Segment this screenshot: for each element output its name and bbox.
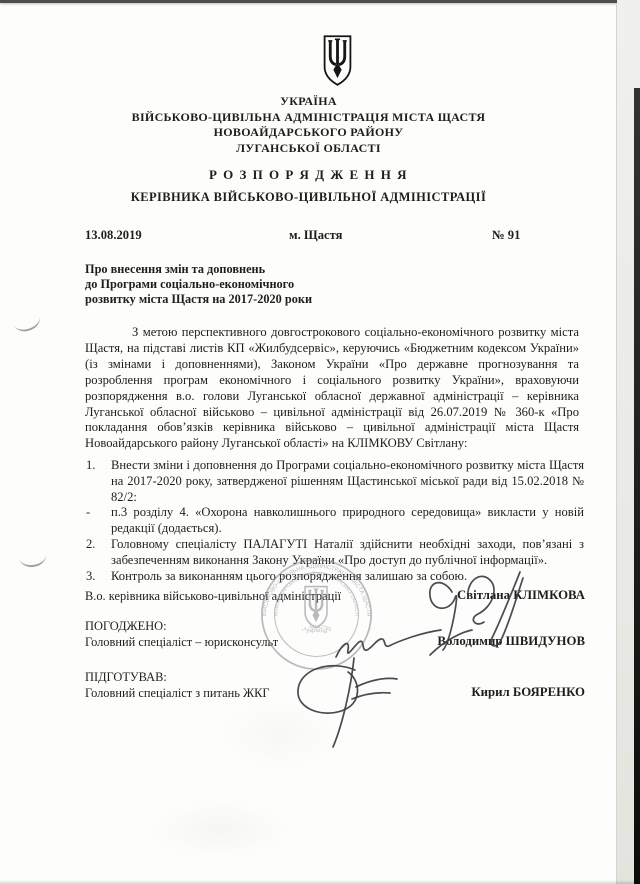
scanned-document-page: УКРАЇНА ВІЙСЬКОВО-ЦИВІЛЬНА АДМІНІСТРАЦІЯ… xyxy=(0,0,640,884)
scan-top-edge xyxy=(0,0,640,3)
list-item-text: п.3 розділу 4. «Охорона навколишнього пр… xyxy=(111,505,584,537)
document-place: м. Щастя xyxy=(289,228,342,243)
signer-name: Володимир ШВИДУНОВ xyxy=(437,634,585,649)
signer-name: Світлана КЛІМКОВА xyxy=(457,588,585,603)
list-item-marker: 2. xyxy=(86,537,111,569)
subject-line: розвитку міста Щастя на 2017-2020 роки xyxy=(85,292,312,307)
punch-hole-shadow-bottom xyxy=(18,544,48,569)
signer-role: Головний спеціаліст з питань ЖКГ xyxy=(85,686,270,701)
punch-hole-shadow-top xyxy=(10,306,42,334)
list-item: 1. Внести зміни і доповнення до Програми… xyxy=(86,458,584,505)
subject-line: Про внесення змін та доповнень xyxy=(85,262,312,277)
list-item: - п.3 розділу 4. «Охорона навколишнього … xyxy=(86,505,584,537)
document-date: 13.08.2019 xyxy=(85,228,142,243)
document-number: № 91 xyxy=(492,228,520,243)
scan-bottom-shadow xyxy=(0,880,640,884)
list-item-marker: - xyxy=(86,505,111,537)
org-name-line3: ЛУГАНСЬКОЇ ОБЛАСТІ xyxy=(0,141,617,157)
scan-right-black-edge xyxy=(634,88,640,884)
signer-role: Головний спеціаліст – юрисконсульт xyxy=(85,635,278,650)
document-subtype-title: КЕРІВНИКА ВІЙСЬКОВО-ЦИВІЛЬНОЇ АДМІНІСТРА… xyxy=(0,190,617,205)
list-item-text: Внести зміни і доповнення до Програми со… xyxy=(111,458,584,505)
document-type-title: Р О З П О Р Я Д Ж Е Н Н Я xyxy=(0,167,617,183)
round-seal-icon: ВІЙСЬКОВО-ЦИВІЛЬНА АДМІНІСТРАЦІЯ МІСТА Щ… xyxy=(258,556,375,673)
list-item-marker: 3. xyxy=(86,569,111,585)
approval-heading: ПОГОДЖЕНО: xyxy=(85,619,167,634)
signer-name: Кирил БОЯРЕНКО xyxy=(471,685,585,700)
prepared-heading: ПІДГОТУВАВ: xyxy=(85,670,167,685)
country-name: УКРАЇНА xyxy=(0,94,617,110)
document-letterhead: УКРАЇНА ВІЙСЬКОВО-ЦИВІЛЬНА АДМІНІСТРАЦІЯ… xyxy=(0,94,617,205)
org-name-line1: ВІЙСЬКОВО-ЦИВІЛЬНА АДМІНІСТРАЦІЯ МІСТА Щ… xyxy=(0,110,617,126)
scan-smudge xyxy=(150,800,290,860)
list-item-marker: 1. xyxy=(86,458,111,505)
org-name-line2: НОВОАЙДАРСЬКОГО РАЙОНУ xyxy=(0,125,617,141)
document-subject: Про внесення змін та доповнень до Програ… xyxy=(85,262,312,306)
seal-country-text: Україна xyxy=(305,628,328,635)
subject-line: до Програми соціально-економічного xyxy=(85,277,312,292)
trident-shield-icon xyxy=(322,34,353,87)
svg-text:Україна: Україна xyxy=(305,628,328,635)
scan-smudge xyxy=(220,700,340,770)
preamble-paragraph: З метою перспективного довгострокового с… xyxy=(85,325,579,452)
